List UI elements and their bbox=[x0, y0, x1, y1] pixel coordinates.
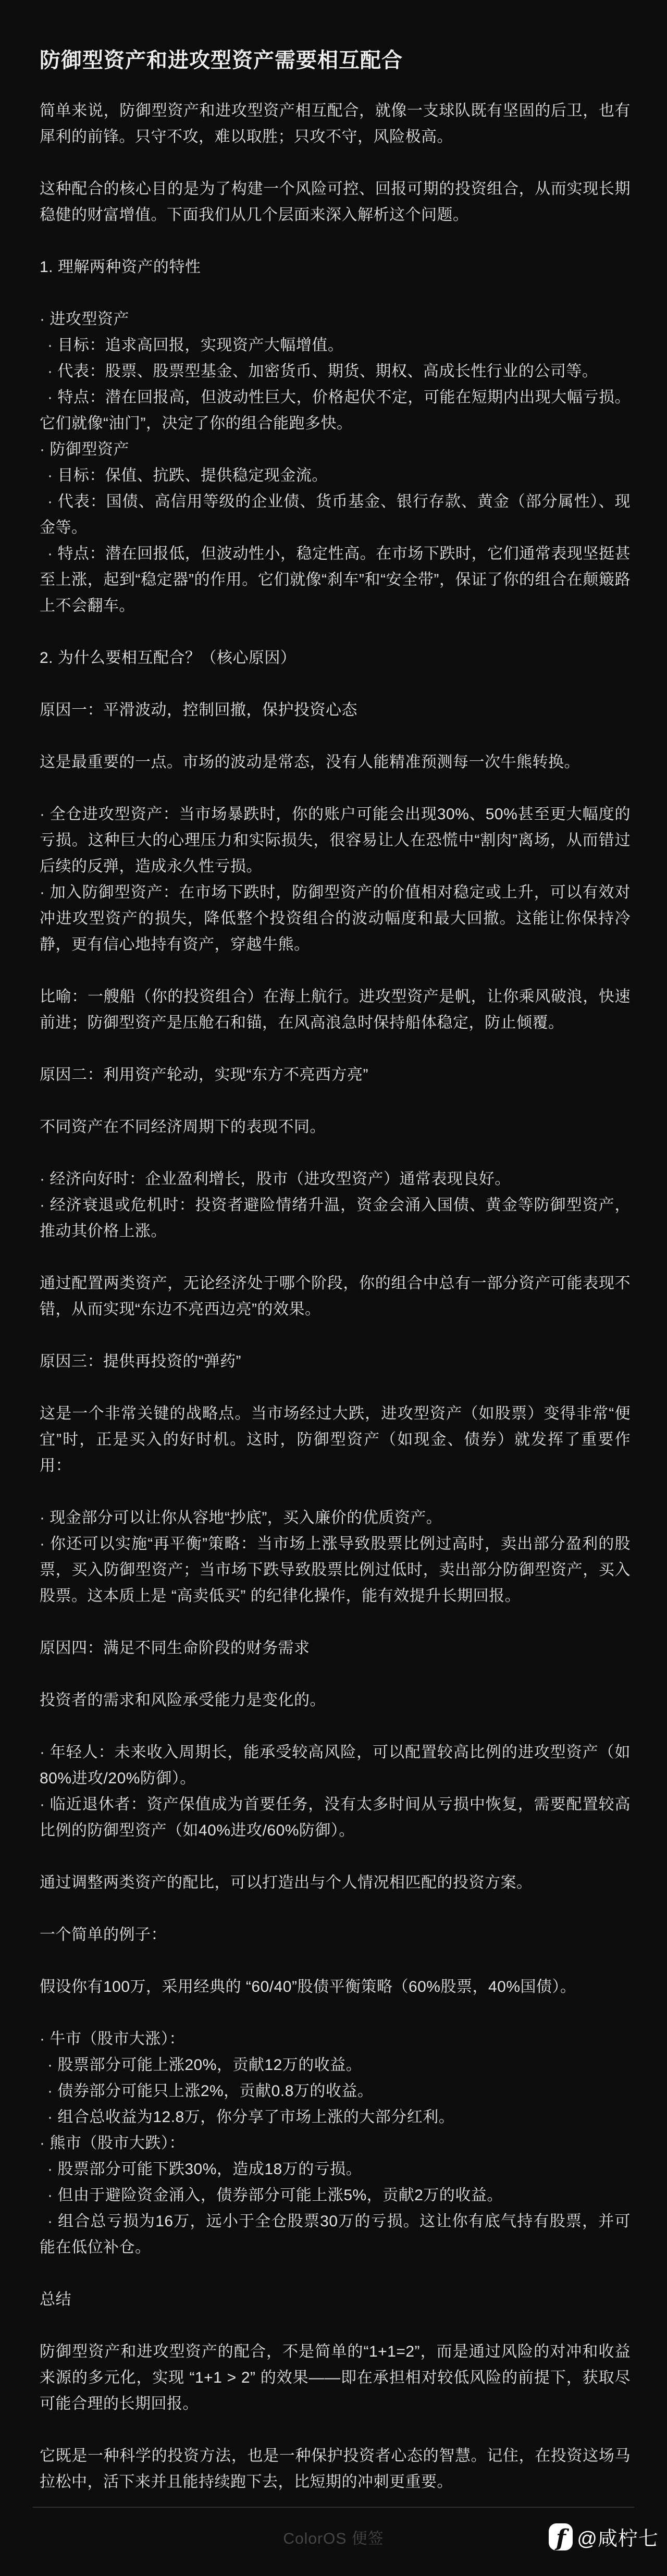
bullet-item: · 全仓进攻型资产：当市场暴跌时，你的账户可能会出现30%、50%甚至更大幅度的… bbox=[40, 802, 631, 880]
bullet-item: · 代表：国债、高信用等级的企业债、货币基金、银行存款、黄金（部分属性）、现金等… bbox=[40, 489, 631, 541]
section-heading: 2. 为什么要相互配合？（核心原因） bbox=[40, 645, 631, 671]
section-heading: 原因三：提供再投资的“弹药” bbox=[40, 1349, 631, 1375]
bullet-item: · 牛市（股市大涨）： bbox=[40, 2026, 631, 2052]
share-footer: ColorOS 便签 f @咸柠七 bbox=[0, 2507, 667, 2576]
author-watermark: f @咸柠七 bbox=[549, 2522, 659, 2551]
bullet-item: · 代表：股票、股票型基金、加密货币、期货、期权、高成长性行业的公司等。 bbox=[40, 359, 631, 385]
paragraph: 通过调整两类资产的配比，可以打造出与个人情况相匹配的投资方案。 bbox=[40, 1870, 631, 1896]
bullet-item: · 目标：追求高回报，实现资产大幅增值。 bbox=[40, 332, 631, 359]
bullet-group: · 经济向好时：企业盈利增长，股市（进攻型资产）通常表现良好。· 经济衰退或危机… bbox=[40, 1166, 631, 1244]
section-heading: 原因二：利用资产轮动，实现“东方不亮西方亮” bbox=[40, 1062, 631, 1088]
bullet-item: · 防御型资产 bbox=[40, 437, 631, 463]
paragraph: 比喻：一艘船（你的投资组合）在海上航行。进攻型资产是帆，让你乘风破浪，快速前进；… bbox=[40, 984, 631, 1036]
bullet-item: · 债券部分可能只上涨2%，贡献0.8万的收益。 bbox=[40, 2078, 631, 2104]
f-logo-icon: f bbox=[549, 2523, 573, 2550]
author-handle: @咸柠七 bbox=[577, 2522, 659, 2551]
bullet-item: · 经济衰退或危机时：投资者避险情绪升温，资金会涌入国债、黄金等防御型资产，推动… bbox=[40, 1192, 631, 1244]
bullet-item: · 股票部分可能上涨20%，贡献12万的收益。 bbox=[40, 2052, 631, 2078]
section-heading: 总结 bbox=[40, 2287, 631, 2313]
paragraph: 这是最重要的一点。市场的波动是常态，没有人能精准预测每一次牛熊转换。 bbox=[40, 749, 631, 775]
section-heading: 原因一：平滑波动，控制回撤，保护投资心态 bbox=[40, 697, 631, 723]
bullet-item: · 目标：保值、抗跌、提供稳定现金流。 bbox=[40, 463, 631, 489]
bullet-group: · 年轻人：未来收入周期长，能承受较高风险，可以配置较高比例的进攻型资产（如80… bbox=[40, 1740, 631, 1844]
note-body: 简单来说，防御型资产和进攻型资产相互配合，就像一支球队既有坚固的后卫，也有犀利的… bbox=[40, 98, 631, 2495]
paragraph: 简单来说，防御型资产和进攻型资产相互配合，就像一支球队既有坚固的后卫，也有犀利的… bbox=[40, 98, 631, 150]
note-content: 防御型资产和进攻型资产需要相互配合 简单来说，防御型资产和进攻型资产相互配合，就… bbox=[0, 0, 667, 2495]
note-share-card: 防御型资产和进攻型资产需要相互配合 简单来说，防御型资产和进攻型资产相互配合，就… bbox=[0, 0, 667, 2576]
paragraph: 防御型资产和进攻型资产的配合，不是简单的“1+1=2”，而是通过风险的对冲和收益… bbox=[40, 2339, 631, 2417]
section-heading: 原因四：满足不同生命阶段的财务需求 bbox=[40, 1635, 631, 1661]
bullet-item: · 经济向好时：企业盈利增长，股市（进攻型资产）通常表现良好。 bbox=[40, 1166, 631, 1192]
bullet-item: · 但由于避险资金涌入，债券部分可能上涨5%，贡献2万的收益。 bbox=[40, 2183, 631, 2209]
paragraph: 这是一个非常关键的战略点。当市场经过大跌，进攻型资产（如股票）变得非常“便宜”时… bbox=[40, 1401, 631, 1479]
bullet-group: · 进攻型资产· 目标：追求高回报，实现资产大幅增值。· 代表：股票、股票型基金… bbox=[40, 306, 631, 619]
bullet-item: · 特点：潜在回报高，但波动性巨大，价格起伏不定，可能在短期内出现大幅亏损。它们… bbox=[40, 385, 631, 437]
bullet-item: · 现金部分可以让你从容地“抄底”，买入廉价的优质资产。 bbox=[40, 1505, 631, 1531]
paragraph: 假设你有100万，采用经典的 “60/40”股债平衡策略（60%股票，40%国债… bbox=[40, 1974, 631, 2000]
paragraph: 它既是一种科学的投资方法，也是一种保护投资者心态的智慧。记住，在投资这场马拉松中… bbox=[40, 2443, 631, 2495]
bullet-item: · 特点：潜在回报低，但波动性小，稳定性高。在市场下跌时，它们通常表现坚挺甚至上… bbox=[40, 541, 631, 619]
bullet-group: · 牛市（股市大涨）：· 股票部分可能上涨20%，贡献12万的收益。· 债券部分… bbox=[40, 2026, 631, 2261]
bullet-item: · 临近退休者：资产保值成为首要任务，没有太多时间从亏损中恢复，需要配置较高比例… bbox=[40, 1792, 631, 1844]
bullet-item: · 股票部分可能下跌30%，造成18万的亏损。 bbox=[40, 2156, 631, 2183]
paragraph: 这种配合的核心目的是为了构建一个风险可控、回报可期的投资组合，从而实现长期稳健的… bbox=[40, 176, 631, 228]
bullet-item: · 加入防御型资产：在市场下跌时，防御型资产的价值相对稳定或上升，可以有效对冲进… bbox=[40, 880, 631, 958]
section-heading: 1. 理解两种资产的特性 bbox=[40, 254, 631, 280]
bullet-item: · 组合总收益为12.8万，你分享了市场上涨的大部分红利。 bbox=[40, 2104, 631, 2130]
bullet-group: · 全仓进攻型资产：当市场暴跌时，你的账户可能会出现30%、50%甚至更大幅度的… bbox=[40, 802, 631, 958]
bullet-item: · 熊市（股市大跌）： bbox=[40, 2130, 631, 2156]
bullet-item: · 你还可以实施“再平衡”策略：当市场上涨导致股票比例过高时，卖出部分盈利的股票… bbox=[40, 1531, 631, 1609]
note-title: 防御型资产和进攻型资产需要相互配合 bbox=[40, 46, 631, 75]
paragraph: 通过配置两类资产，无论经济处于哪个阶段，你的组合中总有一部分资产可能表现不错，从… bbox=[40, 1271, 631, 1323]
footer-row: ColorOS 便签 f @咸柠七 bbox=[0, 2508, 667, 2560]
bullet-group: · 现金部分可以让你从容地“抄底”，买入廉价的优质资产。· 你还可以实施“再平衡… bbox=[40, 1505, 631, 1609]
paragraph: 一个简单的例子： bbox=[40, 1922, 631, 1948]
bullet-item: · 组合总亏损为16万，远小于全仓股票30万的亏损。这让你有底气持有股票，并可能… bbox=[40, 2209, 631, 2261]
paragraph: 投资者的需求和风险承受能力是变化的。 bbox=[40, 1687, 631, 1714]
bullet-item: · 进攻型资产 bbox=[40, 306, 631, 332]
bullet-item: · 年轻人：未来收入周期长，能承受较高风险，可以配置较高比例的进攻型资产（如80… bbox=[40, 1740, 631, 1792]
paragraph: 不同资产在不同经济周期下的表现不同。 bbox=[40, 1114, 631, 1140]
